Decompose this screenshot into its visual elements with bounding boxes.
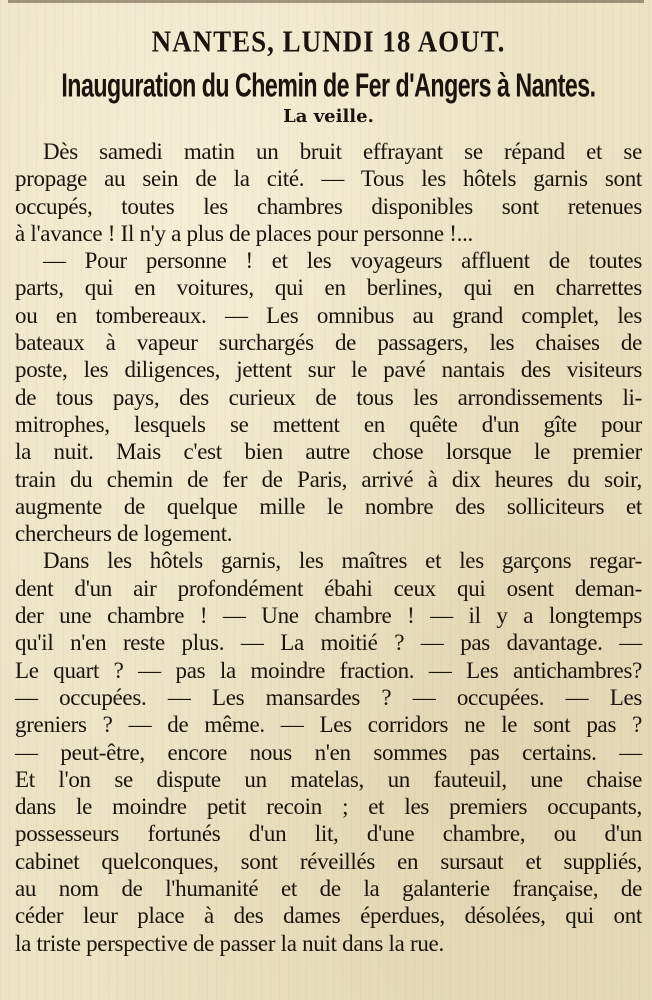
subhead: La veille. (15, 104, 642, 130)
text-line: — peut-être, encore nous n'en sommes pas… (15, 739, 642, 766)
text-line: poste, les diligences, jettent sur le pa… (15, 356, 642, 383)
text-line: Le quart ? — pas la moindre fraction. — … (15, 657, 642, 684)
text-line: qu'il n'en reste plus. — La moitié ? — p… (15, 629, 642, 656)
text-line: parts, qui en voitures, qui en berlines,… (15, 274, 642, 301)
text-line: dent d'un air profondément ébahi ceux qu… (15, 575, 642, 602)
text-line: possesseurs fortunés d'un lit, d'une cha… (15, 820, 642, 847)
text-line: bateaux à vapeur surchargés de passagers… (15, 329, 642, 356)
text-line: occupés, toutes les chambres disponibles… (15, 193, 642, 220)
newspaper-article: NANTES, LUNDI 18 AOUT. Inauguration du C… (15, 22, 642, 957)
text-line: cabinet quelconques, sont réveillés en s… (15, 848, 642, 875)
text-line: greniers ? — de même. — Les corridors ne… (15, 711, 642, 738)
text-line: à l'avance ! Il n'y a plus de places pou… (15, 220, 642, 247)
text-line: ou en tombereaux. — Les omnibus au grand… (15, 302, 642, 329)
text-line: augmente de quelque mille le nombre des … (15, 493, 642, 520)
text-line: céder leur place à des dames éperdues, d… (15, 902, 642, 929)
text-line: — Pour personne ! et les voyageurs afflu… (15, 247, 642, 274)
text-line: Et l'on se dispute un matelas, un fauteu… (15, 766, 642, 793)
top-rule (8, 0, 644, 3)
text-line: la nuit. Mais c'est bien autre chose lor… (15, 438, 642, 465)
text-line: de tous pays, des curieux de tous les ar… (15, 384, 642, 411)
text-line: propage au sein de la cité. — Tous les h… (15, 165, 642, 192)
headline: Inauguration du Chemin de Fer d'Angers à… (59, 64, 598, 107)
text-line: au nom de l'humanité et de la galanterie… (15, 875, 642, 902)
text-line: dans le moindre petit recoin ; et les pr… (15, 793, 642, 820)
text-line: train du chemin de fer de Paris, arrivé … (15, 466, 642, 493)
text-line: der une chambre ! — Une chambre ! — il y… (15, 602, 642, 629)
dateline: NANTES, LUNDI 18 AOUT. (15, 21, 642, 60)
article-body: Dès samedi matin un bruit effrayant se r… (15, 138, 642, 957)
text-line: chercheurs de logement. (15, 520, 642, 547)
text-line: mitrophes, lesquels se mettent en quête … (15, 411, 642, 438)
text-line: la triste perspective de passer la nuit … (15, 930, 642, 957)
text-line: — occupées. — Les mansardes ? — occupées… (15, 684, 642, 711)
text-line: Dès samedi matin un bruit effrayant se r… (15, 138, 642, 165)
text-line: Dans les hôtels garnis, les maîtres et l… (15, 547, 642, 574)
